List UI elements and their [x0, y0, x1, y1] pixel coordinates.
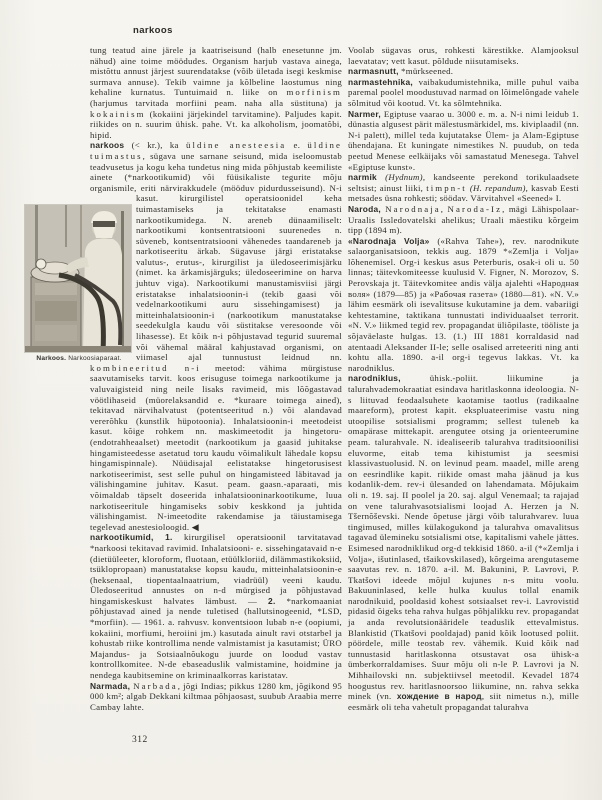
right-column: Voolab sügavas orus, rohkesti kärestikke… — [348, 45, 579, 712]
text-run: kombineeritud n-i — [90, 363, 201, 373]
entry-paragraph: narkoos (< kr.), ka üldine anesteesia e.… — [90, 140, 342, 532]
entry-paragraph: Narmer, Egiptuse vaarao u. 3000 e. m. a.… — [348, 109, 579, 173]
entry-paragraph: narmasnutt, *mürkseened. — [348, 66, 579, 77]
headword: narkoos — [90, 140, 124, 150]
entry-paragraph: Narmada, Narbada, jõgi Indias; pikkus 12… — [90, 681, 342, 713]
entry-paragraph: Voolab sügavas orus, rohkesti kärestikke… — [348, 45, 579, 66]
entry-paragraph: Naroda, Narodnaja, Naroda-Iz, mägi Lähis… — [348, 204, 579, 236]
left-column: tung teatud aine järele ja kaatriseisund… — [90, 45, 342, 712]
entry-paragraph: narodniklus, ühisk.-poliit. liikumine ja… — [348, 373, 579, 712]
headword: «Narodnaja Volja» — [348, 236, 430, 246]
headword: narmik — [348, 172, 377, 182]
text-run: ühisk.-poliit. liikumine ja talurahvadem… — [348, 373, 579, 701]
entry-paragraph: «Narodnaja Volja» («Rahva Tahe»), rev. n… — [348, 236, 579, 374]
headword: 2. — [268, 596, 276, 606]
headword: narkootikumid, 1. — [90, 532, 173, 542]
text-run: («Rahva Tahe»), rev. narodnikute salaorg… — [348, 236, 579, 373]
text-run: *mürkseened. — [399, 66, 454, 76]
running-head: narkoos — [133, 25, 173, 36]
page-number: 312 — [132, 735, 148, 745]
text-run: (harjumus tarvitada morfiini peam. naha … — [90, 98, 342, 108]
text-run: morfinism — [286, 87, 342, 97]
headword: Narmer, — [348, 109, 381, 119]
headword: хождение в народ — [397, 691, 482, 701]
text-run: timpn-t — [426, 183, 467, 193]
text-run: kokainism — [90, 109, 146, 119]
text-run — [377, 172, 385, 182]
encyclopedia-page: narkoos — [0, 0, 602, 800]
headword: narmastehnika, — [348, 77, 413, 87]
text-run: Narodnaja — [385, 204, 441, 214]
text-run: meetod: vähima mürgistuse saavutamiseks … — [90, 363, 342, 532]
text-run: (< kr.), ka — [124, 140, 186, 150]
text-run: Egiptuse vaarao u. 3000 e. m. a. N-i nim… — [348, 109, 579, 172]
text-run: (Hydnum) — [385, 172, 423, 182]
text-run: (H. repandum) — [470, 183, 526, 193]
figure-wrap-spacer — [90, 193, 133, 358]
text-run: Naroda-Iz — [448, 204, 503, 214]
headword: narodniklus, — [348, 373, 401, 383]
entry-paragraph: tung teatud aine järele ja kaatriseisund… — [90, 45, 342, 140]
entry-paragraph: narmastehnika, vaibakudumistehnika, mill… — [348, 77, 579, 109]
entry-paragraph: narmik (Hydnum), kandseente perekond tor… — [348, 172, 579, 204]
text-run: üldine anesteesia — [186, 140, 286, 150]
text-run: Narbada — [133, 681, 178, 691]
text-run: , — [441, 204, 448, 214]
text-run: kirurgilisel operatsioonil tarvitatavad … — [90, 532, 342, 606]
text-run: *narkomaaniat põhjustavad ained ja nende… — [90, 596, 342, 680]
text-run: N-i kasut. kirurgilistel operatsioonidel… — [136, 183, 342, 363]
entry-paragraph: narkootikumid, 1. kirurgilisel operatsio… — [90, 532, 342, 680]
headword: Naroda, — [348, 204, 381, 214]
headword: Narmada, — [90, 681, 130, 691]
headword: narmasnutt, — [348, 66, 399, 76]
text-run: e. — [286, 140, 307, 150]
figure-caption-headword: Narkoos. — [36, 355, 66, 362]
text-run: Voolab sügavas orus, rohkesti kärestikke… — [348, 45, 579, 66]
